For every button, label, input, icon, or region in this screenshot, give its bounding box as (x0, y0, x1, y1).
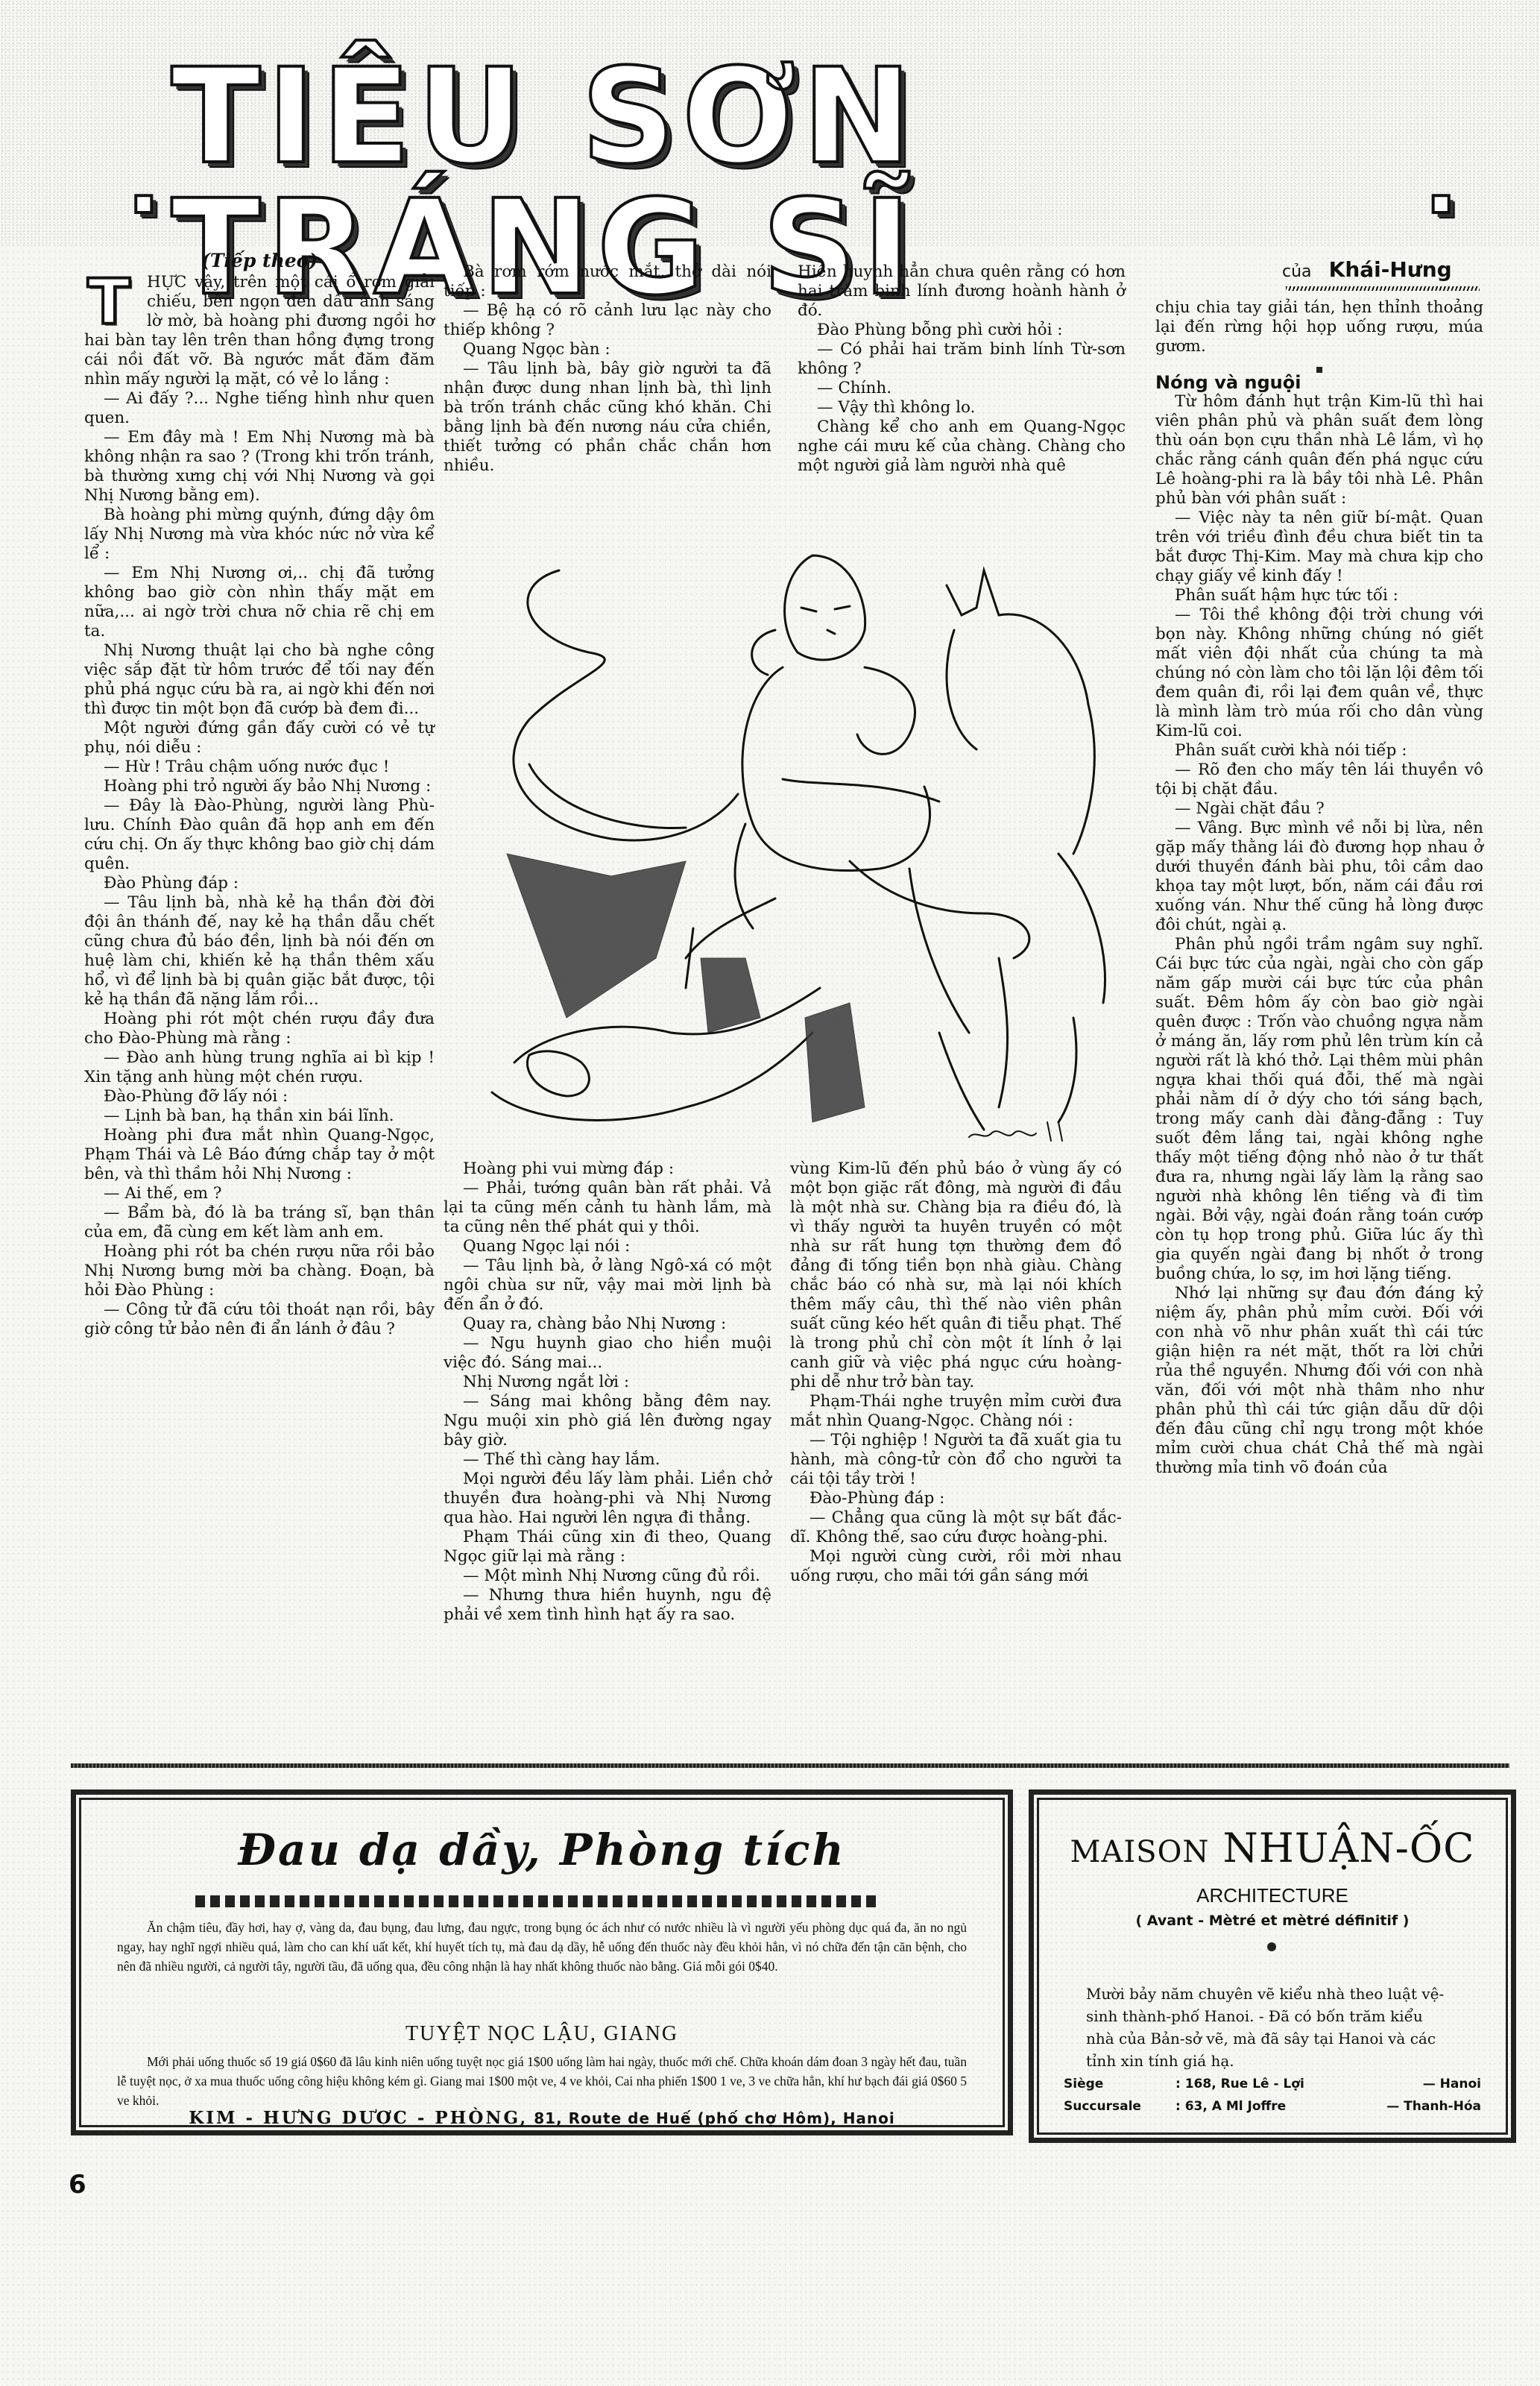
ad-address-siege: Siège : 168, Rue Lê - Lợi— Hanoi (1064, 2077, 1481, 2091)
continued-label: (Tiếp theo) (201, 250, 318, 271)
paragraph: Hiền huynh hẳn chưa quên rằng có hơn hai… (798, 262, 1126, 321)
ad-subheading: TUYỆT NỌC LẬU, GIANG (76, 2022, 1008, 2046)
paragraph: — Em đây mà ! Em Nhị Nương mà bà không n… (84, 428, 435, 506)
paragraph: — Thế thì càng hay lắm. (444, 1450, 771, 1470)
paragraph: Chàng kể cho anh em Quang-Ngọc nghe cái … (798, 418, 1126, 476)
ornament-dot-icon (1267, 1942, 1276, 1951)
ad-address-succursale: Succursale : 63, A Ml Joffre— Thanh-Hóa (1064, 2099, 1481, 2114)
paragraph: Đào Phùng bỗng phì cười hỏi : (798, 321, 1126, 340)
paragraph: Quang Ngọc lại nói : (444, 1237, 771, 1256)
paragraph: Hoàng phi rót ba chén rượu nữa rồi bảo N… (84, 1242, 435, 1300)
paragraph: THỰC vậy, trên một cái ổ rơm giải chiếu,… (84, 273, 435, 389)
paragraph: Từ hôm đánh hụt trận Kim-lũ thì hai viên… (1155, 392, 1483, 509)
paragraph: chịu chia tay giải tán, hẹn thỉnh thoảng… (1155, 298, 1483, 356)
paragraph: — Nhưng thưa hiền huynh, ngu đệ phải về … (444, 1586, 771, 1625)
paragraph: — Ngu huynh giao cho hiền muội việc đó. … (444, 1334, 771, 1373)
byline: của Khái-Hưng (1282, 257, 1452, 282)
dropcap-letter: T (80, 273, 138, 331)
paragraph: — Có phải hai trăm binh lính Từ-sơn khôn… (798, 340, 1126, 379)
paragraph: — Phải, tướng quân bàn rất phải. Vả lại … (444, 1179, 771, 1237)
paragraph: — Đào anh hùng trung nghĩa ai bì kịp ! X… (84, 1048, 435, 1087)
section-separator-icon (1316, 367, 1322, 373)
paragraph: — Bệ hạ có rõ cảnh lưu lạc này cho thiếp… (444, 301, 771, 340)
paragraph: — Bẩm bà, đó là ba tráng sĩ, bạn thân củ… (84, 1203, 435, 1242)
byline-underline (1286, 286, 1480, 291)
paragraph: — Ngài chặt đầu ? (1155, 799, 1483, 819)
ad-tagline: ( Avant - Mètré et mètré définitif ) (1034, 1913, 1511, 1929)
paragraph: — Rõ đen cho mấy tên lái thuyền vô tội b… (1155, 761, 1483, 799)
paragraph: — Tâu lịnh bà, ở làng Ngô-xá có một ngôi… (444, 1256, 771, 1315)
paragraph: Một người đứng gần đấy cười có vẻ tự phụ… (84, 719, 435, 758)
ornamental-border-icon (195, 1895, 881, 1907)
title-tail-dot: . (1424, 138, 1464, 227)
paragraph: Quang Ngọc bàn : (444, 340, 771, 359)
article-column-2-bottom: Hoàng phi vui mừng đáp : — Phải, tướng q… (444, 1159, 771, 1625)
paragraph: Đào Phùng đáp : (84, 874, 435, 893)
paragraph: — Hừ ! Trâu chậm uống nước đục ! (84, 758, 435, 777)
paragraph: — Lịnh bà ban, hạ thần xin bái lĩnh. (84, 1107, 435, 1126)
section-divider (71, 1763, 1509, 1768)
article-column-4: chịu chia tay giải tán, hẹn thỉnh thoảng… (1155, 298, 1483, 1478)
page-title: . TIÊU SƠN TRÁNG SĨ . (127, 112, 1468, 254)
paragraph: Đào-Phùng đáp : (790, 1489, 1122, 1508)
paragraph: Phân suất cười khà nói tiếp : (1155, 741, 1483, 761)
article-column-3-top: Hiền huynh hẳn chưa quên rằng có hơn hai… (798, 262, 1126, 476)
paragraph: Mọi người cùng cười, rồi mời nhau uống r… (790, 1547, 1122, 1586)
article-column-2-top: Bà rơm rớm nước mắt, thở dài nói tiếp : … (444, 262, 771, 476)
paragraph: Đào-Phùng đỡ lấy nói : (84, 1087, 435, 1107)
paragraph: — Tâu lịnh bà, nhà kẻ hạ thần đời đời độ… (84, 893, 435, 1010)
paragraph: — Em Nhị Nương ơi,.. chị đã tưởng không … (84, 564, 435, 641)
paragraph: Hoàng phi vui mừng đáp : (444, 1159, 771, 1179)
paragraph: — Một mình Nhị Nương cũng đủ rồi. (444, 1567, 771, 1586)
paragraph: Nhị Nương ngắt lời : (444, 1373, 771, 1392)
paragraph: — Tội nghiệp ! Người ta đã xuất gia tu h… (790, 1431, 1122, 1489)
paragraph: — Ai đấy ?... Nghe tiếng hình như quen q… (84, 389, 435, 428)
paragraph: Phân phủ ngồi trầm ngâm suy nghĩ. Cái bự… (1155, 935, 1483, 1284)
paragraph: — Sáng mai không bằng đêm nay. Ngu muội … (444, 1392, 771, 1450)
store-address: 81, Route de Huế (phố chợ Hôm), Hanoi (534, 2109, 895, 2127)
ad-headline: MAISON NHUẬN-ỐC (1034, 1825, 1511, 1872)
ad-subtitle: ARCHITECTURE (1034, 1884, 1511, 1907)
author-name: Khái-Hưng (1329, 257, 1452, 282)
paragraph: Bà hoàng phi mừng quýnh, đứng dậy ôm lấy… (84, 506, 435, 564)
paragraph: — Đây là Đào-Phùng, người làng Phù-lưu. … (84, 796, 435, 874)
paragraph: Phạm Thái cũng xin đi theo, Quang Ngọc g… (444, 1528, 771, 1567)
ad-headline: Đau dạ dầy, Phòng tích (76, 1825, 1008, 1875)
paragraph: — Vậy thì không lo. (798, 398, 1126, 418)
paragraph: — Tâu lịnh bà, bây giờ người ta đã nhận … (444, 359, 771, 476)
paragraph: Nhớ lại những sự đau đớn đáng kỷ niệm ấy… (1155, 1284, 1483, 1478)
paragraph: — Vâng. Bực mình về nỗi bị lừa, nên gặp … (1155, 819, 1483, 935)
paragraph: Hoàng phi đưa mắt nhìn Quang-Ngọc, Phạm … (84, 1126, 435, 1184)
store-name: KIM - HƯNG DƯỢC - PHÒNG, (189, 2108, 528, 2128)
paragraph: — Ai thế, em ? (84, 1184, 435, 1203)
article-column-1: THỰC vậy, trên một cái ổ rơm giải chiếu,… (84, 273, 435, 1339)
ad-address: KIM - HƯNG DƯỢC - PHÒNG, 81, Route de Hu… (106, 2108, 978, 2128)
paragraph: Mọi người đều lấy làm phải. Liền chở thu… (444, 1470, 771, 1528)
paragraph: — Việc này ta nên giữ bí-mật. Quan trên … (1155, 509, 1483, 586)
ad-body: Mười bảy năm chuyên vẽ kiểu nhà theo luậ… (1086, 1983, 1451, 2072)
paragraph: — Tôi thề không đội trời chung với bọn n… (1155, 605, 1483, 741)
paragraph: Quay ra, chàng bảo Nhị Nương : (444, 1315, 771, 1334)
article-column-3-bottom: vùng Kim-lũ đến phủ báo ở vùng ấy có một… (790, 1159, 1122, 1586)
ad-body: Mới phải uống thuốc số 19 giá 0$60 đã lâ… (117, 2052, 967, 2110)
paragraph: Hoàng phi trỏ người ấy bảo Nhị Nương : (84, 777, 435, 796)
paragraph: Phân suất hậm hực tức tối : (1155, 586, 1483, 605)
paragraph: Bà rơm rớm nước mắt, thở dài nói tiếp : (444, 262, 771, 301)
advertisement-architecture: MAISON NHUẬN-ỐC ARCHITECTURE ( Avant - M… (1029, 1789, 1516, 2143)
paragraph: — Chính. (798, 379, 1126, 398)
paragraph: — Công tử đã cứu tôi thoát nạn rồi, bây … (84, 1300, 435, 1339)
paragraph: Nhị Nương thuật lại cho bà nghe công việ… (84, 641, 435, 719)
page-number: 6 (69, 2170, 86, 2200)
paragraph: Hoàng phi rót một chén rượu đầy đưa cho … (84, 1010, 435, 1048)
ad-body: Ăn chậm tiêu, đầy hơi, hay ợ, vàng da, đ… (117, 1918, 967, 1976)
story-illustration (462, 541, 1133, 1152)
title-lead-dot: . (127, 138, 167, 227)
byline-prefix: của (1282, 262, 1312, 281)
paragraph: vùng Kim-lũ đến phủ báo ở vùng ấy có một… (790, 1159, 1122, 1392)
paragraph: — Chẳng qua cũng là một sự bất đắc-dĩ. K… (790, 1508, 1122, 1547)
paragraph: Phạm-Thái nghe truyện mỉm cười đưa mắt n… (790, 1392, 1122, 1431)
section-heading: Nóng và nguội (1155, 373, 1483, 392)
advertisement-pharmacy: Đau dạ dầy, Phòng tích Ăn chậm tiêu, đầy… (71, 1789, 1013, 2135)
